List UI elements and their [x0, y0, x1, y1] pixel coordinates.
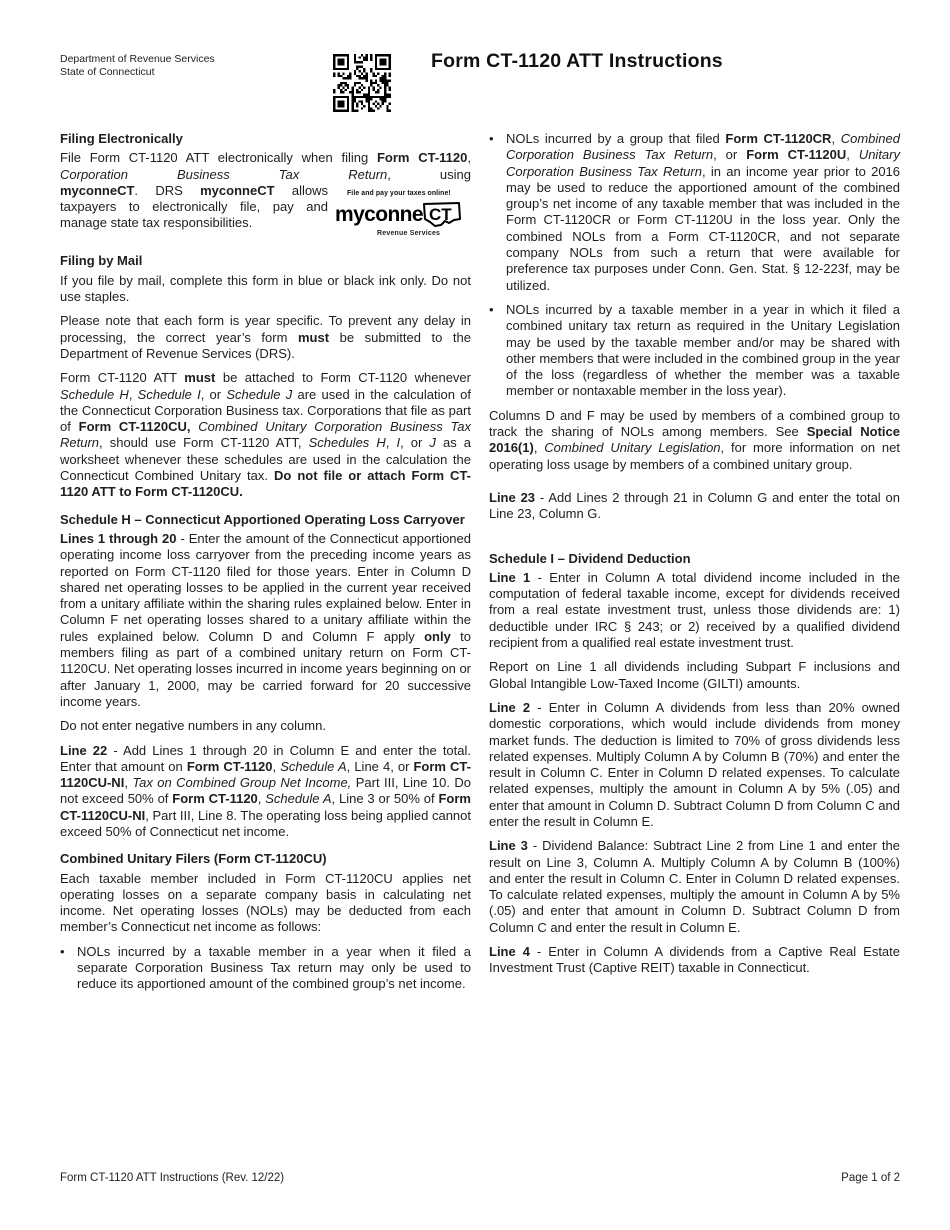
text-segment: - Add Lines 2 through 21 in Column G and…	[489, 490, 900, 521]
qr-code-icon	[333, 54, 391, 112]
text-segment: , Line 3 or 50% of	[332, 791, 439, 806]
text-segment: Tax on Combined Group Net Income,	[132, 775, 351, 790]
bullet-dot-icon: •	[60, 944, 77, 993]
paragraph: Line 2 - Enter in Column A dividends fro…	[489, 700, 900, 830]
text-segment: Form CT-1120	[187, 759, 273, 774]
text-segment: Line 22	[60, 743, 107, 758]
text-segment: Form CT-1120 ATT	[60, 370, 184, 385]
text-segment: Do not enter negative numbers in any col…	[60, 718, 326, 733]
myconnect-logo: File and pay your taxes online! myconne …	[335, 186, 471, 243]
paragraph: File Form CT-1120 ATT electronically whe…	[60, 150, 471, 183]
text-segment: Form CT-1120	[377, 150, 467, 165]
logo-tagline: File and pay your taxes online!	[347, 186, 471, 202]
text-segment: Line 2	[489, 700, 530, 715]
document-body: Filing ElectronicallyFile Form CT-1120 A…	[60, 131, 900, 1001]
text-segment: . DRS	[134, 183, 200, 198]
document-page: Department of Revenue Services State of …	[0, 0, 950, 1230]
text-segment: Form CT-1120CU,	[79, 419, 191, 434]
text-segment: - Dividend Balance: Subtract Line 2 from…	[489, 838, 900, 934]
logo-wordmark: myconne CT	[335, 201, 471, 229]
text-segment: Schedule A	[265, 791, 331, 806]
left-column: Filing ElectronicallyFile Form CT-1120 A…	[60, 131, 471, 1001]
agency-line1: Department of Revenue Services	[60, 53, 215, 66]
section-heading: Schedule I – Dividend Deduction	[489, 551, 900, 567]
section-heading: Filing Electronically	[60, 131, 471, 147]
bullet-dot-icon: •	[489, 302, 506, 400]
bullet-item: •NOLs incurred by a taxable member in a …	[60, 944, 471, 993]
paragraph: Line 23 - Add Lines 2 through 21 in Colu…	[489, 490, 900, 523]
agency-name: Department of Revenue Services State of …	[60, 53, 215, 79]
text-segment: Schedule J	[226, 387, 292, 402]
text-segment: , in an income year prior to 2016 may be…	[506, 164, 900, 293]
text-segment: - Enter the amount of the Connecticut ap…	[60, 531, 471, 644]
text-segment: , Line 4, or	[347, 759, 414, 774]
text-segment: myconneCT	[60, 183, 134, 198]
text-segment: Schedule I – Dividend Deduction	[489, 551, 691, 566]
text-segment: Schedule I	[138, 387, 201, 402]
paragraph: Form CT-1120 ATT must be attached to For…	[60, 370, 471, 500]
svg-text:CT: CT	[429, 205, 452, 224]
spacer	[489, 531, 900, 540]
text-segment: ,	[831, 131, 840, 146]
text-segment: be attached to Form CT-1120 whenever	[215, 370, 471, 385]
text-segment: Line 3	[489, 838, 528, 853]
intro-with-logo: myconneCT. DRS myconneCT allows taxpayer…	[60, 183, 471, 243]
text-segment: NOLs incurred by a taxable member in a y…	[506, 302, 900, 398]
text-segment: File Form CT-1120 ATT electronically whe…	[60, 150, 377, 165]
text-segment: - Enter in Column A dividends from a Cap…	[489, 944, 900, 975]
text-segment: , using	[387, 167, 471, 182]
text-segment: ,	[846, 147, 859, 162]
paragraph: Line 22 - Add Lines 1 through 20 in Colu…	[60, 743, 471, 841]
bullet-text: NOLs incurred by a taxable member in a y…	[77, 944, 471, 993]
text-segment: NOLs incurred by a taxable member in a y…	[77, 944, 471, 992]
paragraph: Each taxable member included in Form CT-…	[60, 871, 471, 936]
text-segment: , or	[201, 387, 227, 402]
page-footer: Form CT-1120 ATT Instructions (Rev. 12/2…	[60, 1172, 900, 1184]
text-segment: Form CT-1120U	[746, 147, 846, 162]
text-segment: If you file by mail, complete this form …	[60, 273, 471, 304]
paragraph: myconneCT. DRS myconneCT allows taxpayer…	[60, 183, 328, 232]
connecticut-outline-icon: CT	[421, 201, 463, 229]
text-segment: , should use Form CT-1120 ATT,	[99, 435, 309, 450]
spacer	[489, 481, 900, 490]
paragraph: Report on Line 1 all dividends including…	[489, 659, 900, 692]
right-column: •NOLs incurred by a group that filed For…	[489, 131, 900, 1001]
text-segment: , or	[400, 435, 429, 450]
text-segment: Filing by Mail	[60, 253, 142, 268]
text-segment: Combined Unitary Filers (Form CT-1120CU)	[60, 851, 327, 866]
text-segment: ,	[534, 440, 544, 455]
paragraph: Please note that each form is year speci…	[60, 313, 471, 362]
text-segment: must	[184, 370, 215, 385]
text-segment: Filing Electronically	[60, 131, 183, 146]
text-segment: Form CT-1120	[172, 791, 258, 806]
footer-page-number: Page 1 of 2	[841, 1172, 900, 1184]
paragraph: Lines 1 through 20 - Enter the amount of…	[60, 531, 471, 710]
footer-revision: Form CT-1120 ATT Instructions (Rev. 12/2…	[60, 1172, 284, 1184]
text-segment: Combined Unitary Legislation	[544, 440, 720, 455]
paragraph: Do not enter negative numbers in any col…	[60, 718, 471, 734]
bullet-item: •NOLs incurred by a group that filed For…	[489, 131, 900, 294]
section-heading: Filing by Mail	[60, 253, 471, 269]
text-segment: ,	[129, 387, 138, 402]
text-segment: Line 4	[489, 944, 530, 959]
text-segment: Schedule H – Connecticut Apportioned Ope…	[60, 512, 465, 527]
page-title: Form CT-1120 ATT Instructions	[431, 50, 723, 73]
text-segment: myconneCT	[200, 183, 274, 198]
section-heading: Combined Unitary Filers (Form CT-1120CU)	[60, 851, 471, 867]
text-segment: must	[298, 330, 329, 345]
bullet-item: •NOLs incurred by a taxable member in a …	[489, 302, 900, 400]
text-segment: Report on Line 1 all dividends including…	[489, 659, 900, 690]
paragraph: Line 1 - Enter in Column A total dividen…	[489, 570, 900, 651]
paragraph: If you file by mail, complete this form …	[60, 273, 471, 306]
bullet-text: NOLs incurred by a taxable member in a y…	[506, 302, 900, 400]
section-heading: Schedule H – Connecticut Apportioned Ope…	[60, 512, 471, 528]
text-segment: Schedule H	[60, 387, 129, 402]
text-segment: Line 23	[489, 490, 535, 505]
text-segment: Form CT-1120CR	[725, 131, 831, 146]
text-segment: Schedule A	[280, 759, 346, 774]
bullet-dot-icon: •	[489, 131, 506, 294]
text-segment: only	[424, 629, 451, 644]
text-segment: Corporation Business Tax Return	[60, 167, 387, 182]
text-segment: , or	[713, 147, 746, 162]
text-segment: ,	[386, 435, 397, 450]
text-segment: NOLs incurred by a group that filed	[506, 131, 725, 146]
text-segment: Schedules H	[309, 435, 386, 450]
text-segment: - Enter in Column A total dividend incom…	[489, 570, 900, 650]
paragraph: Line 4 - Enter in Column A dividends fro…	[489, 944, 900, 977]
text-segment: Line 1	[489, 570, 530, 585]
paragraph: Columns D and F may be used by members o…	[489, 408, 900, 473]
agency-line2: State of Connecticut	[60, 66, 215, 79]
paragraph: Line 3 - Dividend Balance: Subtract Line…	[489, 838, 900, 936]
text-segment: Lines 1 through 20	[60, 531, 177, 546]
text-segment: - Enter in Column A dividends from less …	[489, 700, 900, 829]
text-segment: Each taxable member included in Form CT-…	[60, 871, 471, 935]
bullet-text: NOLs incurred by a group that filed Form…	[506, 131, 900, 294]
logo-name-text: myconne	[335, 207, 423, 223]
text-segment: ,	[467, 150, 471, 165]
